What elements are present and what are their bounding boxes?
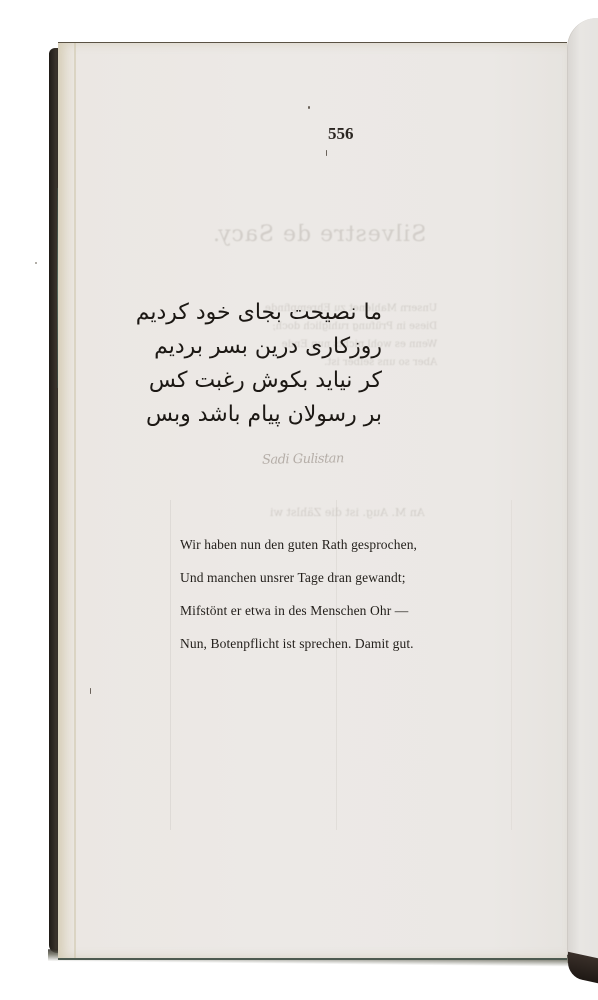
handwritten-note: Sadi Gulistan — [262, 451, 344, 467]
german-translation: Wir haben nun den guten Rath gesprochen,… — [180, 528, 500, 660]
back-cover-corner — [568, 952, 598, 983]
paper-speck — [35, 262, 37, 264]
german-line: Und manchen unsrer Tage dran gewandt; — [180, 561, 500, 594]
german-line: Wir haben nun den guten Rath gesprochen, — [180, 528, 500, 561]
persian-verse: ما نصیحت بجای خود کردیم روزکاری درین بسر… — [160, 296, 382, 432]
gutter-line — [74, 43, 76, 958]
persian-line: کر نیاید بکوش رغبت کس — [160, 364, 382, 398]
next-page-edge — [567, 18, 598, 963]
persian-line: بر رسولان پیام باشد وبس — [160, 398, 382, 432]
persian-line: ما نصیحت بجای خود کردیم — [160, 296, 382, 330]
german-line: Mifstönt er etwa in des Menschen Ohr — — [180, 594, 500, 627]
paper-speck — [308, 106, 310, 109]
persian-line: روزکاری درین بسر بردیم — [160, 330, 382, 364]
paper-speck — [326, 150, 327, 156]
page-number: 556 — [328, 124, 354, 144]
paper-speck — [90, 688, 91, 694]
german-line: Nun, Botenpflicht ist sprechen. Damit gu… — [180, 627, 500, 660]
